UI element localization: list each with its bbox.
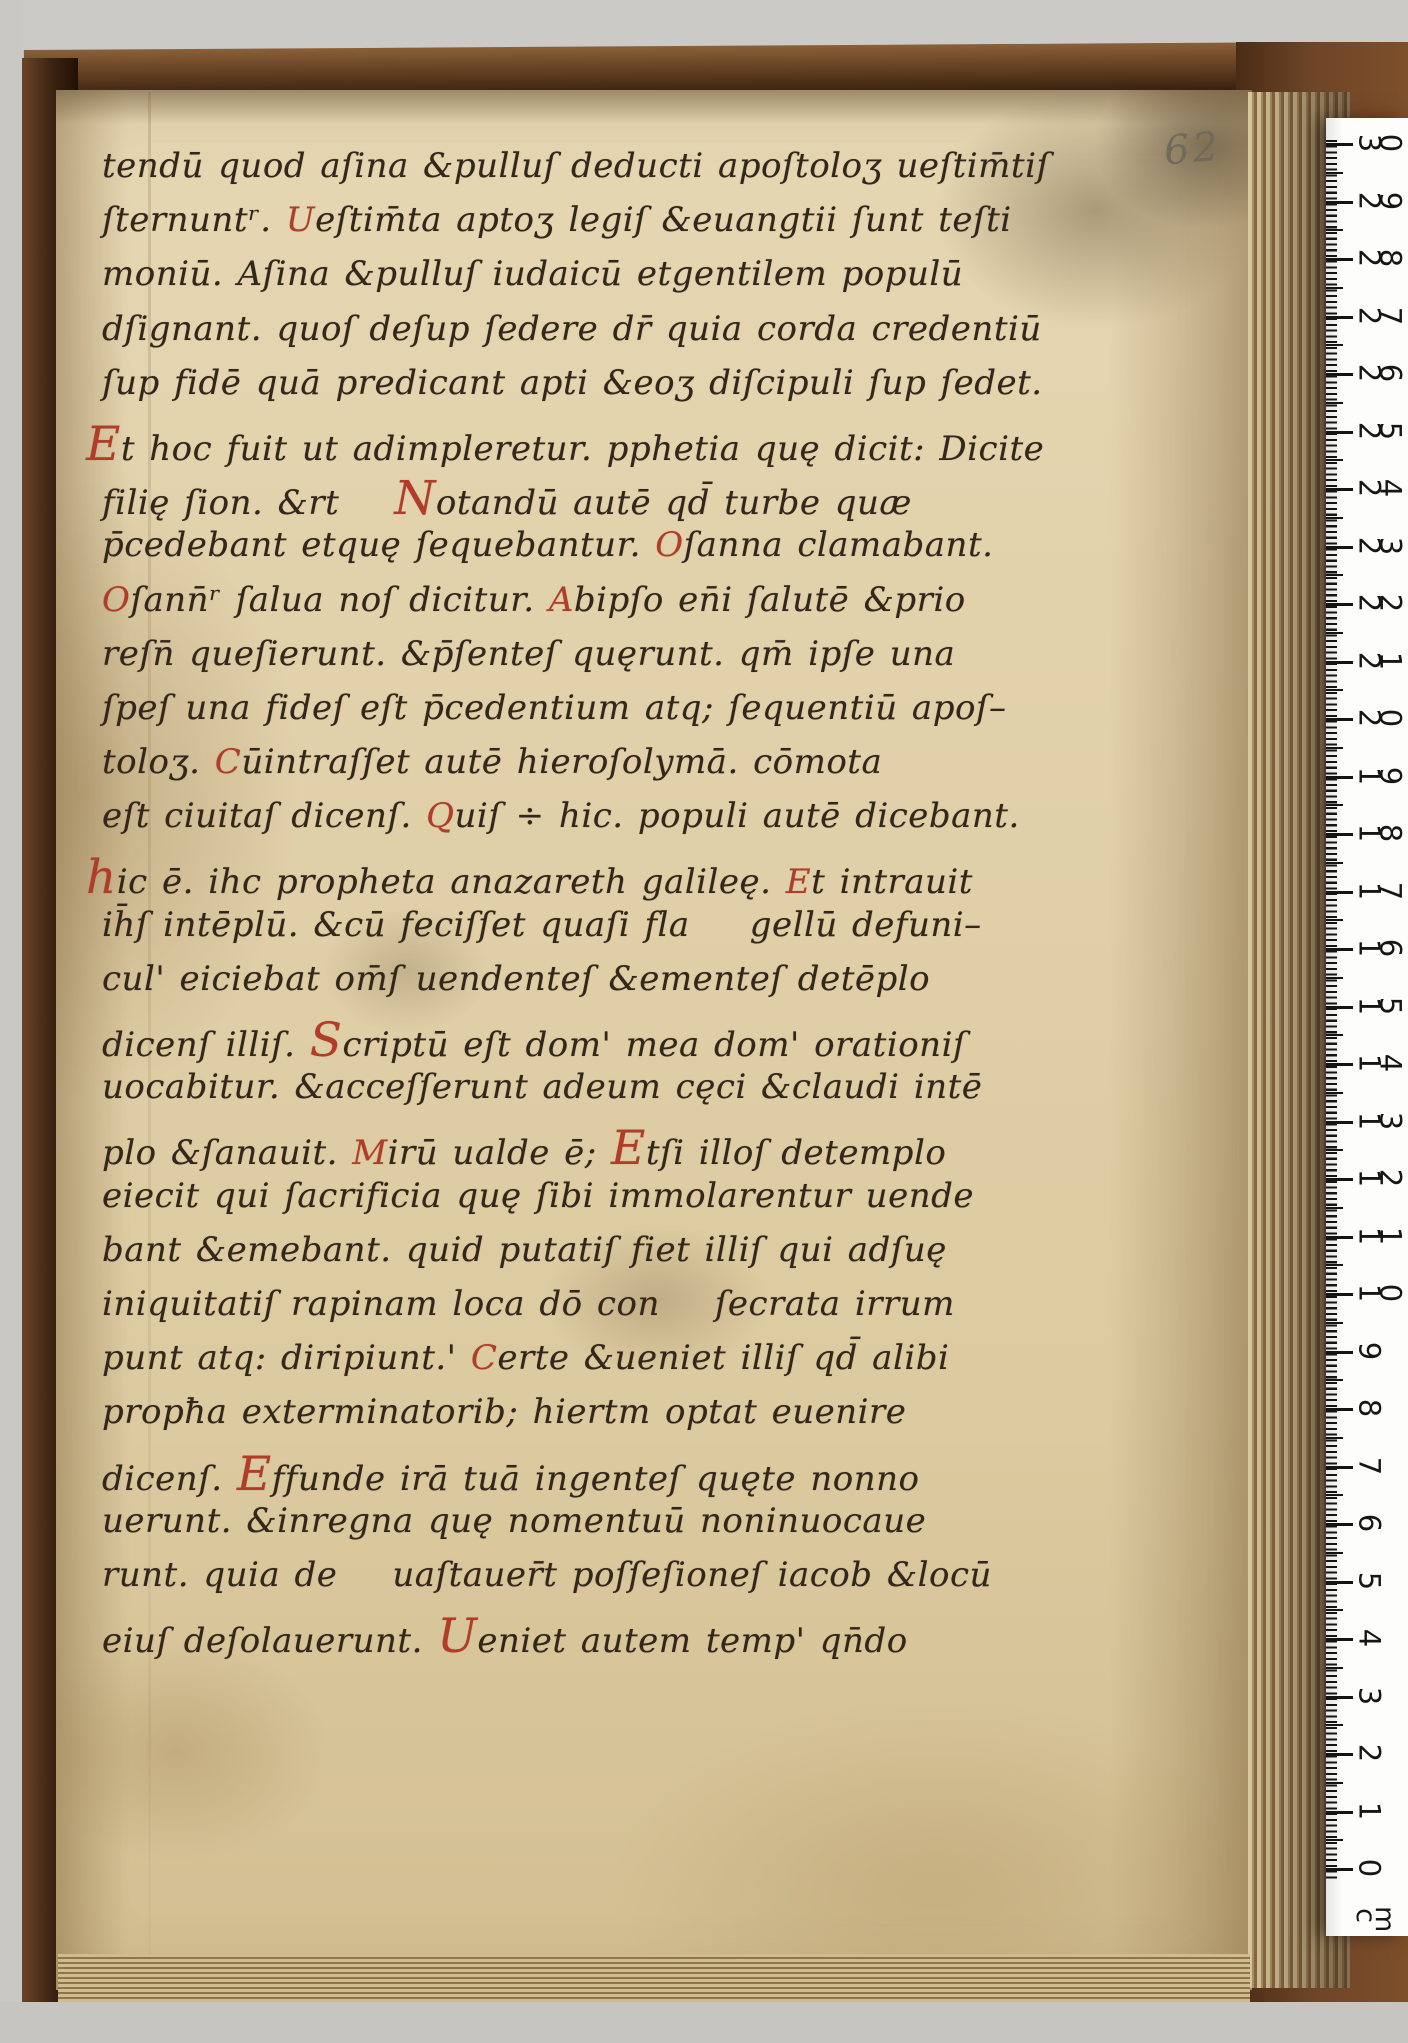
text-line: plo &ſanauit. Mirū ualde ē; Etſi illoſ d… [102,1121,1042,1175]
text-run: runt. quia de [102,1555,337,1595]
text-line: dicenſ illiſ. Scriptū eſt dom' mea dom' … [102,1013,1042,1067]
ruler-number: 7 [1359,1449,1380,1483]
rubricated-letter: h [86,850,117,905]
ruler-half-cm-tick [1326,632,1343,634]
ruler-number: 1 [1359,1794,1380,1828]
text-run: uocabitur. &acceſſerunt adeum cęci &clau… [102,1067,982,1107]
text-line: hic ē. ihc propheta anazareth galileę. E… [86,850,1042,904]
text-run: t hoc fuit ut adimpleretur. pphetia quę … [121,429,1044,469]
ruler-half-cm-tick [1326,919,1343,921]
text-line: uocabitur. &acceſſerunt adeum cęci &clau… [102,1067,1042,1121]
ruler-cm-tick [1326,776,1353,779]
ruler-cm-tick [1326,201,1353,204]
text-run: ſpeſ una fideſ eſt p̄cedentium atq; ſequ… [102,688,1007,728]
ruler-cm-tick [1326,1581,1353,1584]
text-run: ffunde irā tuā ingenteſ quęte nonno [272,1459,920,1499]
text-run: eiecit qui ſacrificia quę ſibi immolaren… [102,1176,974,1216]
text-run: dſignant. quoſ deſup ſedere dr̄ quia cor… [102,309,1042,349]
folio-number: 62 [1162,124,1223,175]
rubricated-letter: E [786,862,811,902]
ruler-cm-tick [1326,1696,1353,1699]
text-run: dicenſ illiſ. [102,1025,310,1065]
rubricated-letter: O [102,580,130,620]
ruler-cm-tick [1326,1638,1353,1641]
text-line: cul' eiciebat om̄ſ uendenteſ &ementeſ de… [102,959,1042,1013]
rubricated-letter: O [655,525,683,565]
text-run: propħa exterminatorib; hiertm optat euen… [102,1392,906,1432]
text-run: plo &ſanauit. [102,1133,352,1173]
ruler-half-cm-tick [1326,1034,1343,1036]
text-run: gellū defuni– [750,905,982,945]
ruler-number: 30 [1359,126,1401,160]
ruler-cm-tick [1326,143,1353,146]
ruler-cm-tick [1326,1811,1353,1814]
text-run: dicenſ. [102,1459,237,1499]
text-line: runt. quia deuaſtauer̄t poſſeſioneſ iaco… [102,1555,1042,1609]
text-run: ſecrata irrum [715,1284,955,1324]
rubricated-letter: U [437,1609,477,1664]
ruler-half-cm-tick [1326,574,1343,576]
text-line: eſt ciuitaſ dicenſ. Quiſ ÷ hic. populi a… [102,796,1042,850]
ruler-number: 0 [1359,1851,1380,1885]
ruler-cm-tick [1326,258,1353,261]
text-run: reſn̄ queſierunt. &p̄ſenteſ quęrunt. qm̄… [102,634,955,674]
ruler-number: 8 [1359,1391,1380,1425]
ruler-number: 28 [1359,241,1401,275]
text-run: uiſ ÷ hic. populi autē dicebant. [454,796,1019,836]
ruler-number: 29 [1359,184,1401,218]
text-line: propħa exterminatorib; hiertm optat euen… [102,1392,1042,1446]
text-line: eiecit qui ſacrificia quę ſibi immolaren… [102,1176,1042,1230]
ruler-number: 25 [1359,414,1401,448]
rubricated-letter: S [310,1013,343,1068]
text-run: bant &emebant. quid putatiſ fiet illiſ q… [102,1230,947,1270]
ruler-number: 9 [1359,1334,1380,1368]
ruler-cm-tick [1326,1523,1353,1526]
ruler-number: 21 [1359,644,1401,678]
ruler-half-cm-tick [1326,344,1343,346]
ruler-cm-tick [1326,603,1353,606]
text-run: otandū autē qd̄ turbe quæ [436,483,912,523]
ruler-number: 27 [1359,299,1401,333]
ruler-half-cm-tick [1326,517,1343,519]
ruler-half-cm-tick [1326,1207,1343,1209]
text-run: ſanna clamabant. [684,525,994,565]
text-run: t intrauit [811,862,973,902]
page-stack-bottom-edge [58,1954,1250,2002]
text-run: ūintraſſet autē hieroſolymā. cōmota [241,742,882,782]
ruler-number: 17 [1359,874,1401,908]
ruler-cm-tick [1326,1121,1353,1124]
ruler-number: 12 [1359,1161,1401,1195]
ruler-number: 6 [1359,1506,1380,1540]
text-line: eiuſ deſolauerunt. Ueniet autem temp' qn… [102,1609,1042,1663]
ruler-cm-tick [1326,1868,1353,1871]
ruler-cm-tick [1326,718,1353,721]
ruler-cm-tick [1326,891,1353,894]
ruler-half-cm-tick [1326,977,1343,979]
text-run: ſternuntʳ. [102,200,286,240]
text-line: dſignant. quoſ deſup ſedere dr̄ quia cor… [102,309,1042,363]
manuscript-text: tendū quod aſina &pulluſ deducti apoſtol… [102,146,1042,1663]
text-line: filię ſion. &rtNotandū autē qd̄ turbe qu… [102,471,1042,525]
ruler-cm-tick [1326,1178,1353,1181]
text-line: punt atq: diripiunt.' Certe &ueniet illi… [102,1338,1042,1392]
ruler-number: 20 [1359,701,1401,735]
text-line: p̄cedebant etquę ſequebantur. Oſanna cla… [102,525,1042,579]
rubricated-letter: N [394,471,436,526]
text-line: reſn̄ queſierunt. &p̄ſenteſ quęrunt. qm̄… [102,634,1042,688]
ruler-cm-tick [1326,1063,1353,1066]
ruler-cm-tick [1326,1753,1353,1756]
text-run: bipſo en̄i ſalutē &prio [574,580,966,620]
ruler-half-cm-tick [1326,1782,1343,1784]
rubricated-letter: U [286,200,315,240]
text-run: p̄cedebant etquę ſequebantur. [102,525,655,565]
text-line: Oſann̄ʳ ſalua noſ dicitur. Abipſo en̄i ſ… [102,580,1042,634]
manuscript-photo: 62 tendū quod aſina &pulluſ deducti apoſ… [0,0,1408,2043]
text-line: ſup fidē quā predicant apti &eoʒ diſcipu… [102,363,1042,417]
text-run: ic ē. ihc propheta anazareth galileę. [117,862,786,902]
ruler-half-cm-tick [1326,287,1343,289]
text-run: ſup fidē quā predicant apti &eoʒ diſcipu… [102,363,1043,403]
ruler-half-cm-tick [1326,459,1343,461]
ruler-number: 2 [1359,1736,1380,1770]
ruler-half-cm-tick [1326,1322,1343,1324]
ruler-cm-tick [1326,1466,1353,1469]
ruler-number: 24 [1359,471,1401,505]
ruler-half-cm-tick [1326,747,1343,749]
text-line: ſternuntʳ. Ueſtim̄ta aptoʒ legiſ &euangt… [102,200,1042,254]
text-run: iniquitatiſ rapinam loca dō con [102,1284,660,1324]
text-line: Et hoc fuit ut adimpleretur. pphetia quę… [86,417,1042,471]
ruler-number: 16 [1359,931,1401,965]
ruler-cm-tick [1326,546,1353,549]
rubricated-letter: E [237,1447,272,1502]
text-line: tendū quod aſina &pulluſ deducti apoſtol… [102,146,1042,200]
ruler-cm-tick [1326,1293,1353,1296]
ruler-cm-tick [1326,1006,1353,1009]
text-line: dicenſ. Effunde irā tuā ingenteſ quęte n… [102,1447,1042,1501]
text-line: ih̄ſ intēplū. &cū feciſſet quaſi flagell… [102,905,1042,959]
text-run: toloʒ. [102,742,215,782]
ruler-number: 3 [1359,1679,1380,1713]
ruler-half-cm-tick [1326,1667,1343,1669]
ruler-half-cm-tick [1326,1839,1343,1841]
rubricated-letter: E [611,1121,646,1176]
text-line: moniū. Aſina &pulluſ iudaicū etgentilem … [102,254,1042,308]
text-run: eſt ciuitaſ dicenſ. [102,796,426,836]
ruler-half-cm-tick [1326,1494,1343,1496]
text-line: bant &emebant. quid putatiſ fiet illiſ q… [102,1230,1042,1284]
text-run: ſann̄ʳ ſalua noſ dicitur. [130,580,548,620]
text-run: erte &ueniet illiſ qd̄ alibi [497,1338,949,1378]
ruler-cm-tick [1326,948,1353,951]
rubricated-letter: A [549,580,574,620]
ruler-half-cm-tick [1326,1609,1343,1611]
ruler-cm-tick [1326,373,1353,376]
ruler-number: 10 [1359,1276,1401,1310]
text-run: eniet autem temp' qn̄do [477,1621,907,1661]
ruler-number: 14 [1359,1046,1401,1080]
ruler-cm-tick [1326,431,1353,434]
ruler-half-cm-tick [1326,402,1343,404]
text-line: ſpeſ una fideſ eſt p̄cedentium atq; ſequ… [102,688,1042,742]
rubricated-letter: C [215,742,242,782]
ruler-number: 11 [1359,1219,1401,1253]
ruler-half-cm-tick [1326,1149,1343,1151]
ruler-cm-tick [1326,1408,1353,1411]
text-run: punt atq: diripiunt.' [102,1338,471,1378]
photo-background-left [0,0,22,2043]
text-run: cul' eiciebat om̄ſ uendenteſ &ementeſ de… [102,959,930,999]
ruler-unit-label: cm [1356,1900,1394,1931]
text-line: toloʒ. Cūintraſſet autē hieroſolymā. cōm… [102,742,1042,796]
ruler-cm-tick [1326,661,1353,664]
ruler-number: 15 [1359,989,1401,1023]
rubricated-letter: M [352,1133,387,1173]
ruler-cm-tick [1326,316,1353,319]
ruler-number: 23 [1359,529,1401,563]
rubricated-letter: E [86,417,121,472]
text-run: irū ualde ē; [388,1133,611,1173]
ruler-half-cm-tick [1326,689,1343,691]
photo-background-bottom [0,2002,1408,2043]
rubricated-letter: C [471,1338,498,1378]
ruler-half-cm-tick [1326,229,1343,231]
ruler-half-cm-tick [1326,1264,1343,1266]
text-run: criptū eſt dom' mea dom' orationiſ [343,1025,967,1065]
ruler-half-cm-tick [1326,1724,1343,1726]
text-run: uerunt. &inregna quę nomentuū noninuocau… [102,1501,926,1541]
ruler-half-cm-tick [1326,862,1343,864]
text-run: eiuſ deſolauerunt. [102,1621,437,1661]
ruler-cm-tick [1326,1351,1353,1354]
ruler-half-cm-tick [1326,1092,1343,1094]
ruler-half-cm-tick [1326,804,1343,806]
ruler-number: 5 [1359,1564,1380,1598]
ruler-number: 26 [1359,356,1401,390]
ruler-number: 18 [1359,816,1401,850]
ruler-cm-tick [1326,1236,1353,1239]
text-run: moniū. Aſina &pulluſ iudaicū etgentilem … [102,254,963,294]
text-run: eſtim̄ta aptoʒ legiſ &euangtii ſunt teſt… [315,200,1012,240]
ruler-cm-tick [1326,488,1353,491]
text-line: uerunt. &inregna quę nomentuū noninuocau… [102,1501,1042,1555]
text-run: uaſtauer̄t poſſeſioneſ iacob &locū [392,1555,992,1595]
ruler-number: 19 [1359,759,1401,793]
ruler-cm-tick [1326,833,1353,836]
rubricated-letter: Q [426,796,454,836]
ruler-number: 13 [1359,1104,1401,1138]
ruler-half-cm-tick [1326,1552,1343,1554]
text-run: ih̄ſ intēplū. &cū feciſſet quaſi fla [102,905,690,945]
text-run: filię ſion. &rt [102,483,339,523]
ruler-number: 4 [1359,1621,1380,1655]
ruler-half-cm-tick [1326,1437,1343,1439]
ruler-half-cm-tick [1326,1379,1343,1381]
text-line: iniquitatiſ rapinam loca dō conſecrata i… [102,1284,1042,1338]
text-run: tendū quod aſina &pulluſ deducti apoſtol… [102,146,1050,186]
ruler-number: 22 [1359,586,1401,620]
ruler: 3029282726252423222120191817161514131211… [1326,118,1408,1936]
ruler-half-cm-tick [1326,172,1343,174]
text-run: tſi illoſ detemplo [646,1133,946,1173]
